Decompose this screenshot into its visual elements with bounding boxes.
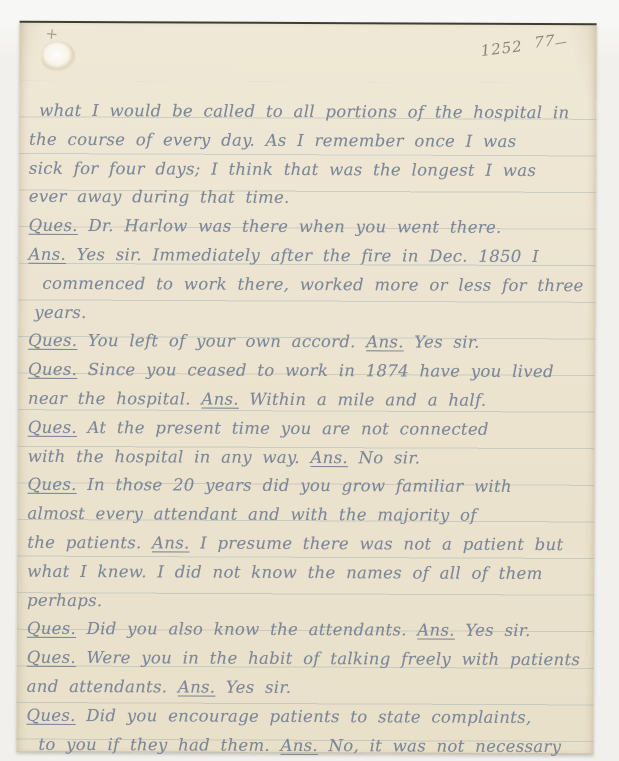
qa-prefix: Ques. <box>28 331 77 350</box>
manuscript-text: almost every attendant and with the majo… <box>27 504 476 525</box>
manuscript-line: sick for four days; I think that was the… <box>29 154 587 185</box>
manuscript-text: No, it was not necessary <box>318 736 561 756</box>
paper-hole-damage <box>41 41 75 71</box>
manuscript-text: what I would be called to all portions o… <box>39 101 569 122</box>
manuscript-text: Yes sir. <box>404 333 480 352</box>
manuscript-text: Yes sir. <box>455 621 531 640</box>
manuscript-line: what I knew. I did not know the names of… <box>27 558 585 589</box>
manuscript-text: the course of every day. As I remember o… <box>29 130 516 151</box>
manuscript-text: perhaps. <box>27 590 102 609</box>
manuscript-text: and attendants. <box>27 677 178 697</box>
manuscript-line: Ques. Did you encourage patients to stat… <box>27 702 585 733</box>
folio-number: 1252 <box>480 37 524 60</box>
manuscript-text: to you if they had them. <box>38 734 280 754</box>
manuscript-line: Ques. At the present time you are not co… <box>28 414 586 445</box>
manuscript-line: the course of every day. As I remember o… <box>29 126 587 157</box>
qa-prefix: Ans. <box>201 390 239 409</box>
manuscript-text: sick for four days; I think that was the… <box>29 158 536 179</box>
manuscript-line: years. <box>28 298 586 329</box>
manuscript-line: with the hospital in any way. Ans. No si… <box>28 442 586 473</box>
manuscript-text: with the hospital in any way. <box>28 446 311 466</box>
manuscript-line: Ques. Were you in the habit of talking f… <box>27 644 585 675</box>
manuscript-text: Yes sir. Immediately after the fire in D… <box>66 245 539 266</box>
pencil-dash <box>555 42 566 45</box>
qa-prefix: Ans. <box>280 735 318 754</box>
manuscript-line: the patients. Ans. I presume there was n… <box>27 529 585 560</box>
manuscript-text: what I knew. I did not know the names of… <box>27 562 542 583</box>
manuscript-line: Ques. In those 20 years did you grow fam… <box>28 471 586 502</box>
manuscript-line: and attendants. Ans. Yes sir. <box>27 673 585 704</box>
qa-prefix: Ans. <box>310 448 348 467</box>
manuscript-text: Yes sir. <box>215 678 291 697</box>
page-number: 1252 77 <box>480 32 568 60</box>
qa-prefix: Ques. <box>27 619 76 638</box>
manuscript-text: the patients. <box>27 533 152 553</box>
manuscript-text: near the hospital. <box>28 389 202 409</box>
manuscript-line: Ques. Dr. Harlow was there when you went… <box>29 212 587 243</box>
manuscript-text: Did you also know the attendants. <box>76 619 417 639</box>
qa-prefix: Ques. <box>28 475 77 494</box>
manuscript-line: near the hospital. Ans. Within a mile an… <box>28 385 586 416</box>
page-number-value: 77 <box>534 31 555 52</box>
manuscript-text: years. <box>34 302 86 321</box>
manuscript-text: Did you encourage patients to state comp… <box>76 706 532 727</box>
manuscript-page: + 1252 77 what I would be called to all … <box>16 21 596 755</box>
manuscript-text: Since you ceased to work in 1874 have yo… <box>77 360 554 381</box>
manuscript-text: No sir. <box>348 448 420 467</box>
qa-prefix: Ques. <box>28 418 77 437</box>
manuscript-text: Dr. Harlow was there when you went there… <box>78 216 502 237</box>
manuscript-line: to you if they had them. Ans. No, it was… <box>26 730 584 761</box>
qa-prefix: Ques. <box>27 706 76 725</box>
manuscript-text: commenced to work there, worked more or … <box>42 274 583 295</box>
manuscript-text: In those 20 years did you grow familiar … <box>77 475 512 496</box>
qa-prefix: Ques. <box>28 360 77 379</box>
manuscript-line: Ans. Yes sir. Immediately after the fire… <box>29 241 587 272</box>
manuscript-line: ever away during that time. <box>29 183 587 214</box>
manuscript-text: ever away during that time. <box>29 187 290 207</box>
manuscript-line: Ques. Did you also know the attendants. … <box>27 615 585 646</box>
manuscript-line: commenced to work there, worked more or … <box>28 270 586 301</box>
scanned-document: + 1252 77 what I would be called to all … <box>0 0 619 761</box>
manuscript-line: Ques. You left of your own accord. Ans. … <box>28 327 586 358</box>
manuscript-text: I presume there was not a patient but <box>190 533 564 554</box>
qa-prefix: Ans. <box>29 245 67 264</box>
qa-prefix: Ques. <box>29 216 78 235</box>
qa-prefix: Ans. <box>178 677 216 696</box>
manuscript-text: Within a mile and a half. <box>239 390 487 410</box>
manuscript-text: Were you in the habit of talking freely … <box>76 648 580 669</box>
qa-prefix: Ans. <box>417 621 455 640</box>
manuscript-text: At the present time you are not connecte… <box>77 418 489 439</box>
manuscript-text: You left of your own accord. <box>77 331 366 351</box>
corner-pencil-mark: + <box>45 24 59 43</box>
manuscript-line: perhaps. <box>27 586 585 617</box>
qa-prefix: Ans. <box>366 333 404 352</box>
qa-prefix: Ans. <box>152 533 190 552</box>
qa-prefix: Ques. <box>27 648 76 667</box>
manuscript-line: Ques. Since you ceased to work in 1874 h… <box>28 356 586 387</box>
manuscript-line: almost every attendant and with the majo… <box>27 500 585 531</box>
manuscript-line: what I would be called to all portions o… <box>29 97 587 128</box>
manuscript: what I would be called to all portions o… <box>26 97 587 761</box>
